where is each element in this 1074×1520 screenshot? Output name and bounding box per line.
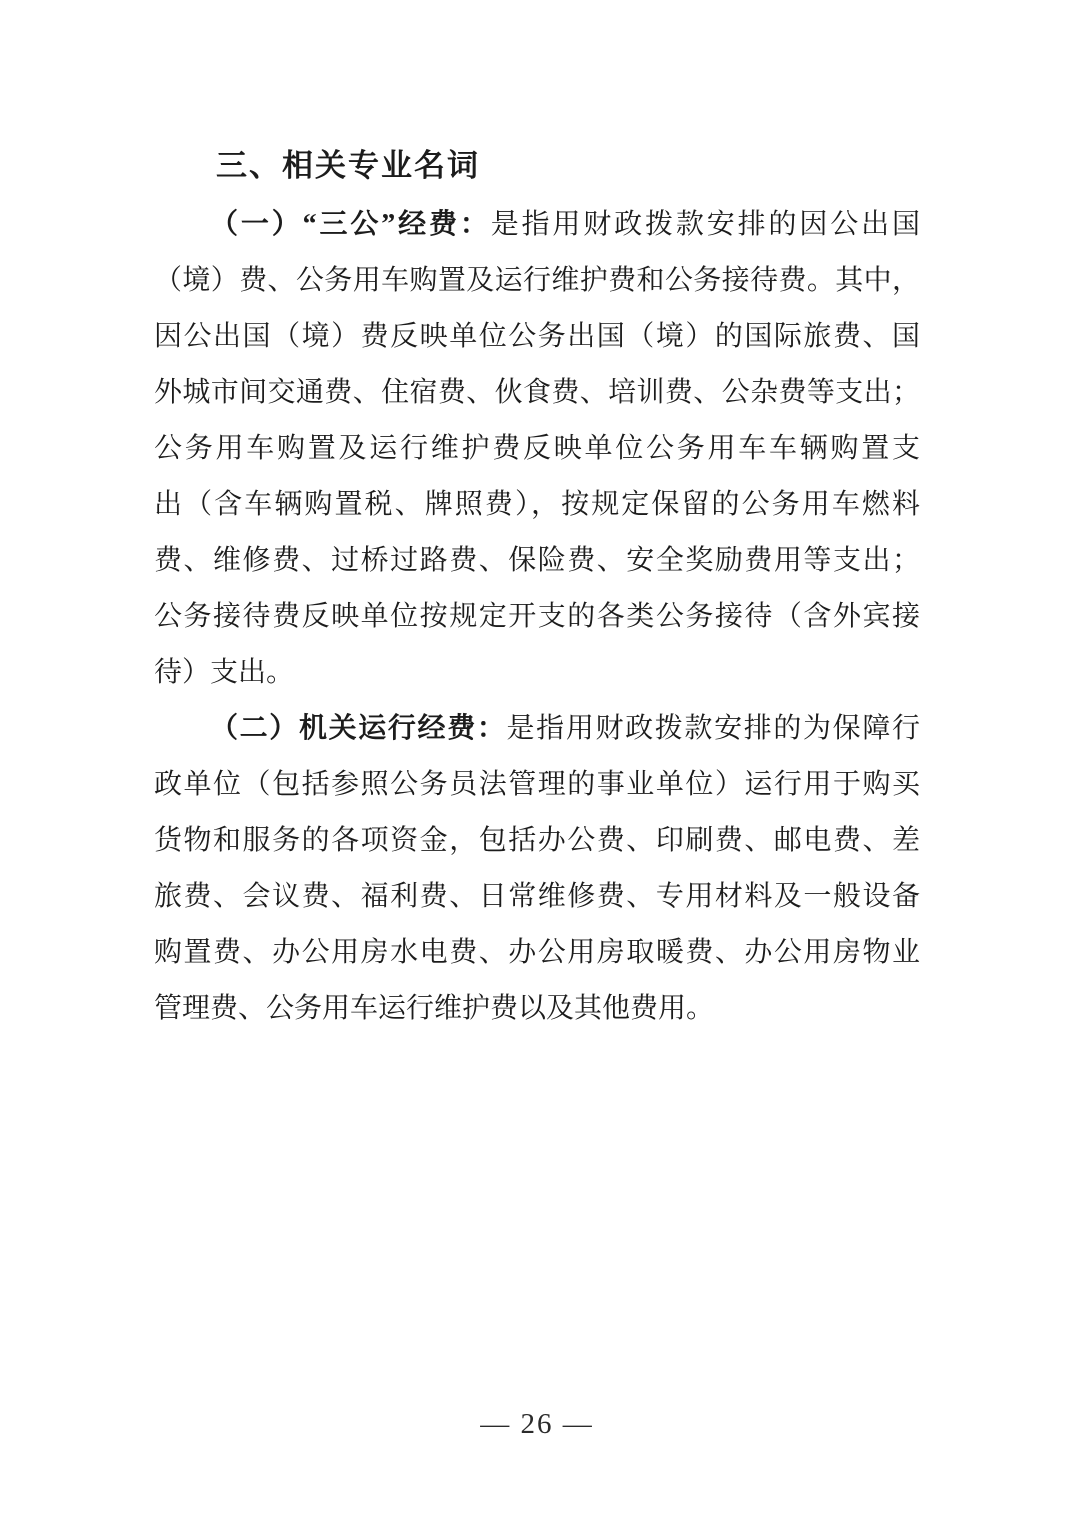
paragraph-three-public-funds: （一）“三公”经费：是指用财政拨款安排的因公出国 （境）费、公务用车购置及运行维… (154, 197, 920, 701)
text-line: （境）费、公务用车购置及运行维护费和公务接待费。其中， (154, 253, 920, 309)
page-number: — 26 — (0, 1408, 1074, 1441)
text-line: 公务接待费反映单位按规定开支的各类公务接待（含外宾接 (154, 589, 920, 645)
text-run: 是指用财政拨款安排的为保障行 (507, 713, 920, 744)
text-line: 购置费、办公用房水电费、办公用房取暖费、办公用房物业 (154, 925, 920, 981)
paragraph-agency-operating-funds: （二）机关运行经费：是指用财政拨款安排的为保障行 政单位（包括参照公务员法管理的… (154, 701, 920, 1037)
paragraph-lead: （二）机关运行经费： (210, 713, 507, 744)
text-line: 因公出国（境）费反映单位公务出国（境）的国际旅费、国 (154, 309, 920, 365)
text-line: （一）“三公”经费：是指用财政拨款安排的因公出国 (154, 197, 920, 253)
paragraph-lead: （一）“三公”经费： (210, 209, 491, 240)
text-line: 外城市间交通费、住宿费、伙食费、培训费、公杂费等支出； (154, 365, 920, 421)
text-line: 公务用车购置及运行维护费反映单位公务用车车辆购置支 (154, 421, 920, 477)
text-line: 旅费、会议费、福利费、日常维修费、专用材料及一般设备 (154, 869, 920, 925)
document-page: 三、相关专业名词 （一）“三公”经费：是指用财政拨款安排的因公出国 （境）费、公… (0, 0, 1074, 1520)
text-line: 货物和服务的各项资金，包括办公费、印刷费、邮电费、差 (154, 813, 920, 869)
section-heading: 三、相关专业名词 (154, 138, 920, 194)
text-line: 费、维修费、过桥过路费、保险费、安全奖励费用等支出； (154, 533, 920, 589)
document-body: 三、相关专业名词 （一）“三公”经费：是指用财政拨款安排的因公出国 （境）费、公… (154, 138, 920, 1037)
text-line: 待）支出。 (154, 645, 920, 701)
text-line: 政单位（包括参照公务员法管理的事业单位）运行用于购买 (154, 757, 920, 813)
text-line: （二）机关运行经费：是指用财政拨款安排的为保障行 (154, 701, 920, 757)
text-line: 管理费、公务用车运行维护费以及其他费用。 (154, 981, 920, 1037)
text-run: 是指用财政拨款安排的因公出国 (491, 209, 920, 240)
text-line: 出（含车辆购置税、牌照费），按规定保留的公务用车燃料 (154, 477, 920, 533)
